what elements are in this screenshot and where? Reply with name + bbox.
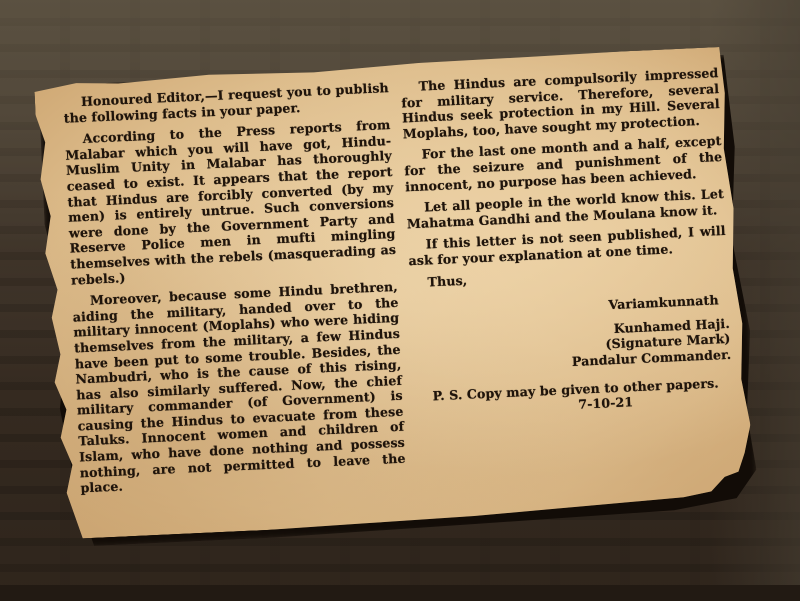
aged-paper: Honoured Editor,—I request you to publis… <box>34 46 754 539</box>
last-month-paragraph: For the last one month and a half, excep… <box>403 133 723 194</box>
military-service-paragraph: The Hindus are compulsorily impressed fo… <box>400 65 721 142</box>
signature-block: Variamkunnath Kunhamed Haji. (Signature … <box>411 292 732 377</box>
bottom-edge <box>0 585 800 601</box>
newspaper-clipping: Honoured Editor,—I request you to publis… <box>34 46 754 539</box>
right-column: The Hindus are compulsorily impressed fo… <box>400 65 733 420</box>
press-reports-paragraph: According to the Press reports from Mala… <box>64 117 397 288</box>
left-column: Honoured Editor,—I request you to publis… <box>63 80 407 502</box>
moreover-paragraph: Moreover, because some Hindu brethren, a… <box>72 279 407 496</box>
